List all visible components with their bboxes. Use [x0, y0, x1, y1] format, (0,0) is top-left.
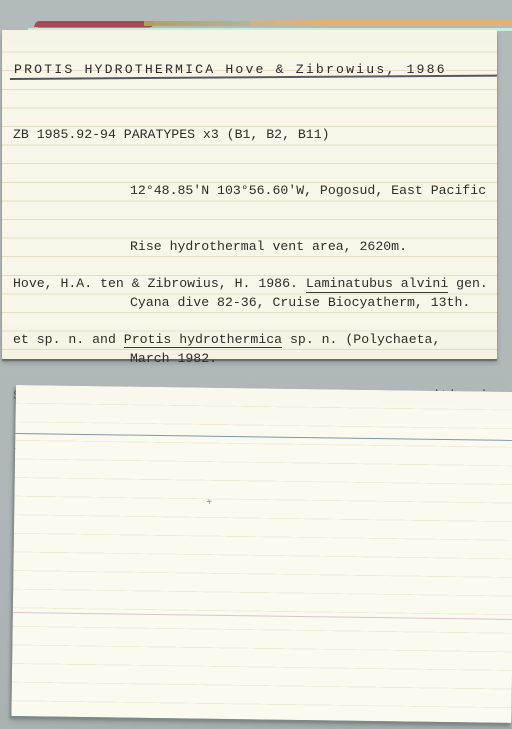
- locality-line: 12°48.85'N 103°56.60'W, Pogosud, East Pa…: [130, 182, 486, 201]
- citation-line: et sp. n. and Protis hydrothermica sp. n…: [13, 331, 496, 350]
- citation-text: gen.: [448, 276, 488, 291]
- blue-header-rule: [15, 433, 512, 441]
- card-edge-strip-orange: [250, 20, 512, 26]
- citation-line: Hove, H.A. ten & Zibrowius, H. 1986. Lam…: [13, 275, 496, 294]
- citation-taxon-underlined: Laminatubus alvini: [306, 276, 448, 293]
- species-title: PROTIS HYDROTHERMICA Hove & Zibrowius, 1…: [14, 61, 447, 80]
- citation-text: et sp. n. and: [13, 332, 124, 347]
- specimen-card: PROTIS HYDROTHERMICA Hove & Zibrowius, 1…: [2, 30, 497, 359]
- scanned-card-page: PROTIS HYDROTHERMICA Hove & Zibrowius, 1…: [0, 0, 512, 729]
- citation-taxon-underlined: Protis hydrothermica: [124, 332, 282, 349]
- blank-ruled-card: +: [11, 385, 512, 723]
- pink-rule: [13, 612, 512, 620]
- citation-text: Hove, H.A. ten & Zibrowius, H. 1986.: [13, 276, 306, 291]
- accession-line: ZB 1985.92-94 PARATYPES x3 (B1, B2, B11): [13, 126, 330, 145]
- pencil-mark: +: [206, 497, 213, 509]
- citation-text: sp. n. (Polychaeta,: [282, 332, 440, 347]
